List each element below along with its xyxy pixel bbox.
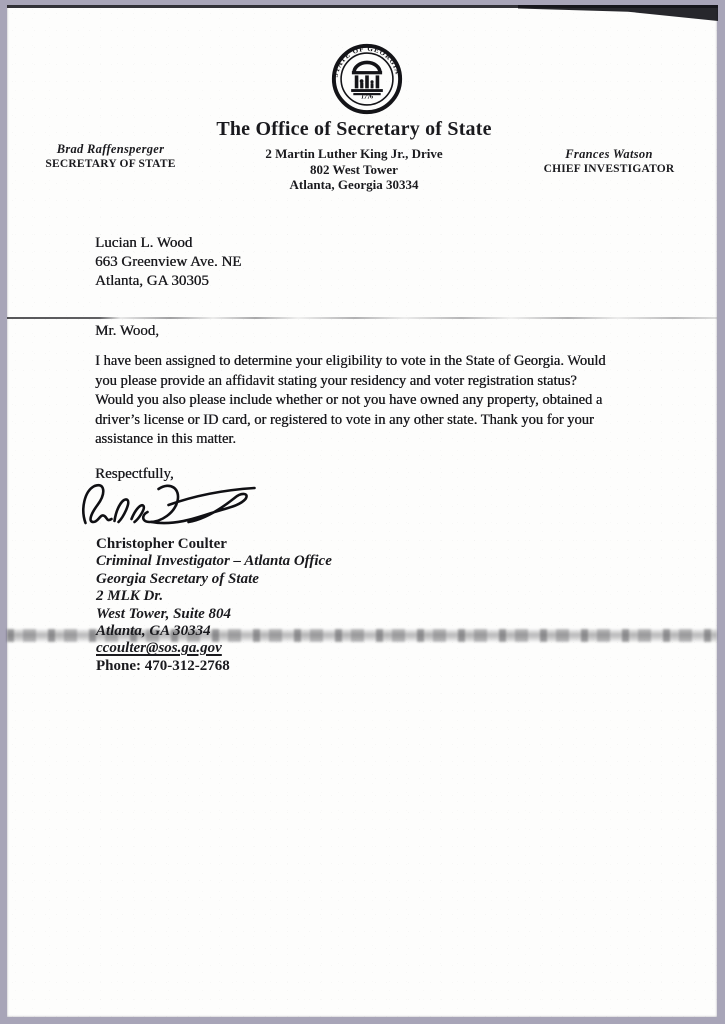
sender-address-line3: Atlanta, GA 30334	[96, 623, 332, 640]
recipient-address-line2: Atlanta, GA 30305	[95, 272, 241, 291]
sender-email: ccoulter@sos.ga.gov	[96, 640, 332, 657]
recipient-name: Lucian L. Wood	[95, 234, 241, 253]
scanned-letter: STATE OF GEORGIA 1776 The Office of Secr…	[0, 0, 725, 1024]
body-line: I have been assigned to determine your e…	[95, 352, 606, 372]
official-title: SECRETARY OF STATE	[28, 158, 193, 170]
body-line: Would you also please include whether or…	[95, 391, 606, 411]
sender-name: Christopher Coulter	[96, 536, 332, 553]
official-title: CHIEF INVESTIGATOR	[530, 163, 688, 175]
official-name: Brad Raffensperger	[28, 142, 193, 157]
letter-body: I have been assigned to determine your e…	[95, 352, 606, 450]
body-line: assistance in this matter.	[95, 430, 606, 450]
handwritten-signature	[76, 477, 261, 537]
official-chief-investigator: Frances Watson CHIEF INVESTIGATOR	[530, 147, 688, 175]
org-address-line3: Atlanta, Georgia 30334	[104, 177, 604, 193]
sender-phone: Phone: 470-312-2768	[96, 658, 332, 675]
signature-block: Christopher Coulter Criminal Investigato…	[96, 536, 332, 675]
georgia-state-seal-icon: STATE OF GEORGIA 1776	[331, 43, 403, 115]
sender-address-line1: 2 MLK Dr.	[96, 588, 332, 605]
official-secretary-of-state: Brad Raffensperger SECRETARY OF STATE	[28, 142, 193, 170]
scan-artifact-line	[7, 317, 717, 319]
org-title: The Office of Secretary of State	[104, 118, 604, 141]
body-line: you please provide an affidavit stating …	[95, 372, 606, 392]
recipient-address-line1: 663 Greenview Ave. NE	[95, 253, 241, 272]
sender-title: Criminal Investigator – Atlanta Office	[96, 553, 332, 570]
official-name: Frances Watson	[530, 147, 688, 162]
sender-org: Georgia Secretary of State	[96, 571, 332, 588]
body-line: driver’s license or ID card, or register…	[95, 411, 606, 431]
sender-address-line2: West Tower, Suite 804	[96, 606, 332, 623]
salutation: Mr. Wood,	[95, 323, 159, 340]
recipient-address: Lucian L. Wood 663 Greenview Ave. NE Atl…	[95, 234, 241, 291]
